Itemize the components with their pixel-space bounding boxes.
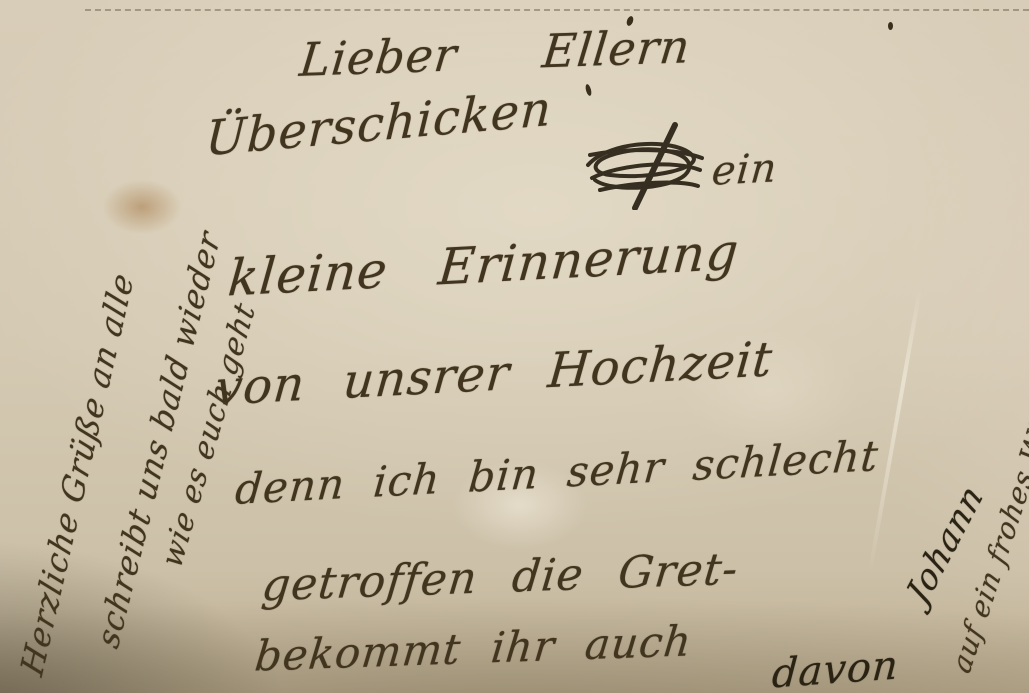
handwriting-line-2-before: Überschicken — [204, 85, 553, 164]
handwriting-line-5: denn ich bin sehr schlecht — [234, 435, 881, 511]
postcard-back: Lieber Ellern Überschicken ein kleine Er… — [0, 0, 1029, 693]
handwriting-line-7b: davon — [771, 645, 900, 693]
paper-crease — [868, 287, 922, 573]
scribbled-out-word — [580, 120, 710, 210]
handwriting-line-6: getroffen die Gret- — [260, 548, 741, 609]
handwriting-line-4: von unsrer Hochzeit — [213, 335, 775, 412]
margin-note-right-outer: auf ein frohes Wiedersehen — [948, 269, 1029, 677]
ink-speck — [585, 84, 593, 97]
handwriting-line-2-after: ein — [710, 148, 779, 192]
handwriting-line-3: kleine Erinnerung — [226, 226, 741, 303]
ink-speck — [888, 22, 893, 30]
handwriting-line-7: bekommt ihr auch — [253, 620, 694, 677]
top-dashed-rule — [85, 9, 1029, 11]
handwriting-line-salutation: Lieber Ellern — [298, 23, 693, 83]
